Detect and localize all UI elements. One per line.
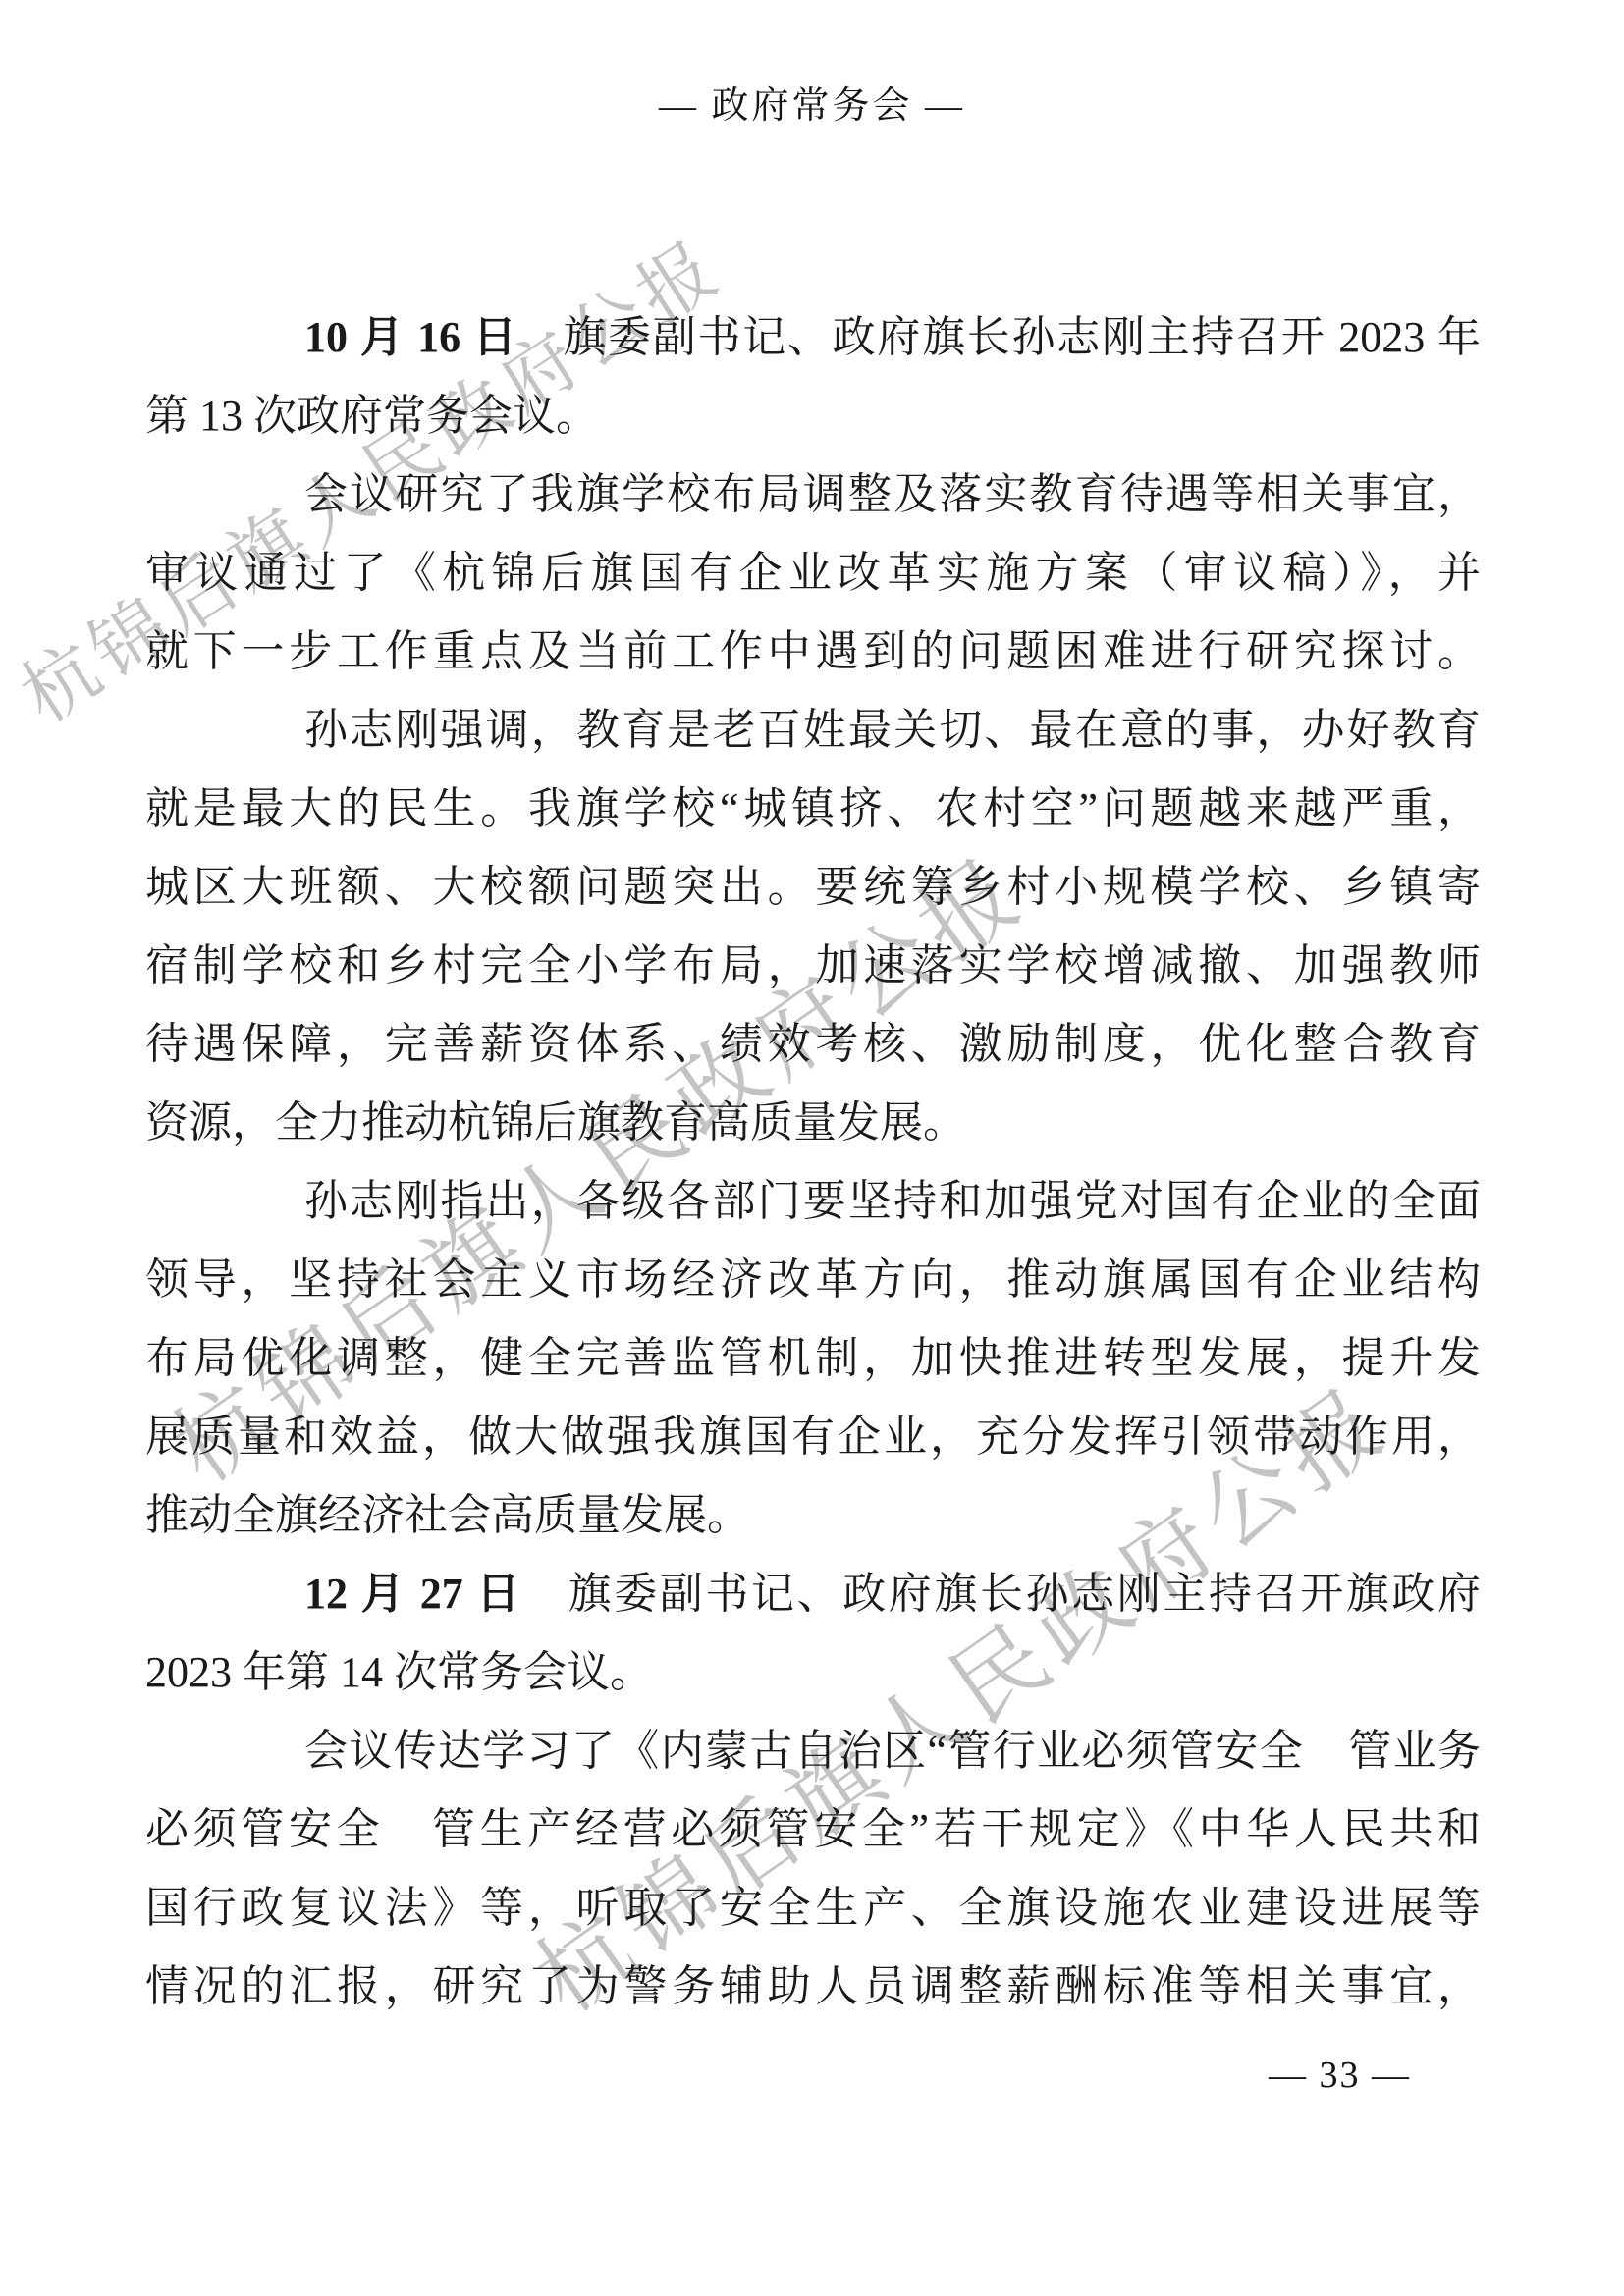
line-text: 第 13 次政府常务会议。 [145,392,599,440]
line-text: 会议传达学习了《内蒙古自治区“管行业必须管安全 管业务 [304,1727,1481,1775]
line-text: 国行政复议法》等，听取了安全生产、全旗设施农业建设进展等 [145,1884,1481,1932]
text-line: 审议通过了《杭锦后旗国有企业改革实施方案（审议稿）》，并 [145,534,1481,613]
line-text: 会议研究了我旗学校布局调整及落实教育待遇等相关事宜， [304,470,1481,518]
line-text: 布局优化调整，健全完善监管机制，加快推进转型发展，提升发 [145,1334,1481,1382]
document-page: 杭锦后旗人民政府公报 杭锦后旗人民政府公报 杭锦后旗人民政府公报 — 政府常务会… [0,0,1624,2296]
line-text: 宿制学校和乡村完全小学布局，加速落实学校增减撤、加强教师 [145,941,1481,989]
text-line: 宿制学校和乡村完全小学布局，加速落实学校增减撤、加强教师 [145,927,1481,1005]
body-text: 10 月 16 日 旗委副书记、政府旗长孙志刚主持召开 2023 年 第 13 … [145,298,1481,2026]
line-text: 待遇保障，完善薪资体系、绩效考核、激励制度，优化整合教育 [145,1020,1481,1068]
text-line: 会议传达学习了《内蒙古自治区“管行业必须管安全 管业务 [145,1712,1481,1790]
line-text: 2023 年第 14 次常务会议。 [145,1648,653,1696]
line-text: 旗委副书记、政府旗长孙志刚主持召开旗政府 [522,1570,1481,1618]
text-line: 待遇保障，完善薪资体系、绩效考核、激励制度，优化整合教育 [145,1005,1481,1084]
date-bold: 12 月 27 日 [304,1570,522,1618]
text-line: 情况的汇报，研究了为警务辅助人员调整薪酬标准等相关事宜， [145,1948,1481,2026]
text-line: 会议研究了我旗学校布局调整及落实教育待遇等相关事宜， [145,455,1481,534]
line-text: 展质量和效益，做大做强我旗国有企业，充分发挥引领带动作用， [145,1413,1481,1461]
text-line: 展质量和效益，做大做强我旗国有企业，充分发挥引领带动作用， [145,1398,1481,1476]
text-line: 孙志刚指出，各级各部门要坚持和加强党对国有企业的全面 [145,1162,1481,1241]
line-text: 就是最大的民生。我旗学校“城镇挤、农村空”问题越来越严重， [145,784,1481,832]
text-line: 国行政复议法》等，听取了安全生产、全旗设施农业建设进展等 [145,1869,1481,1948]
line-text: 推动全旗经济社会高质量发展。 [145,1491,750,1539]
text-line: 孙志刚强调，教育是老百姓最关切、最在意的事，办好教育 [145,691,1481,770]
line-text: 审议通过了《杭锦后旗国有企业改革实施方案（审议稿）》，并 [145,549,1481,597]
line-text: 领导，坚持社会主义市场经济改革方向，推动旗属国有企业结构 [145,1255,1481,1304]
line-text: 孙志刚强调，教育是老百姓最关切、最在意的事，办好教育 [304,706,1481,754]
page-header-title: — 政府常务会 — [0,75,1624,129]
text-line: 必须管安全 管生产经营必须管安全”若干规定》《中华人民共和 [145,1790,1481,1869]
text-line: 就是最大的民生。我旗学校“城镇挤、农村空”问题越来越严重， [145,770,1481,848]
text-line: 就下一步工作重点及当前工作中遇到的问题困难进行研究探讨。 [145,613,1481,691]
line-text: 旗委副书记、政府旗长孙志刚主持召开 2023 年 [518,313,1481,361]
text-line: 12 月 27 日 旗委副书记、政府旗长孙志刚主持召开旗政府 [145,1555,1481,1633]
line-text: 就下一步工作重点及当前工作中遇到的问题困难进行研究探讨。 [145,627,1481,675]
text-line: 城区大班额、大校额问题突出。要统筹乡村小规模学校、乡镇寄 [145,848,1481,927]
line-text: 孙志刚指出，各级各部门要坚持和加强党对国有企业的全面 [304,1177,1481,1225]
text-line: 推动全旗经济社会高质量发展。 [145,1476,1481,1555]
text-line: 布局优化调整，健全完善监管机制，加快推进转型发展，提升发 [145,1319,1481,1398]
line-text: 情况的汇报，研究了为警务辅助人员调整薪酬标准等相关事宜， [145,1962,1481,2010]
text-line: 10 月 16 日 旗委副书记、政府旗长孙志刚主持召开 2023 年 [145,298,1481,377]
page-number: — 33 — [1269,2054,1411,2097]
line-text: 资源，全力推动杭锦后旗教育高质量发展。 [145,1098,966,1147]
date-bold: 10 月 16 日 [304,313,518,361]
line-text: 城区大班额、大校额问题突出。要统筹乡村小规模学校、乡镇寄 [145,863,1481,911]
text-line: 资源，全力推动杭锦后旗教育高质量发展。 [145,1084,1481,1162]
text-line: 领导，坚持社会主义市场经济改革方向，推动旗属国有企业结构 [145,1241,1481,1319]
text-line: 2023 年第 14 次常务会议。 [145,1633,1481,1712]
line-text: 必须管安全 管生产经营必须管安全”若干规定》《中华人民共和 [145,1805,1481,1853]
text-line: 第 13 次政府常务会议。 [145,377,1481,455]
